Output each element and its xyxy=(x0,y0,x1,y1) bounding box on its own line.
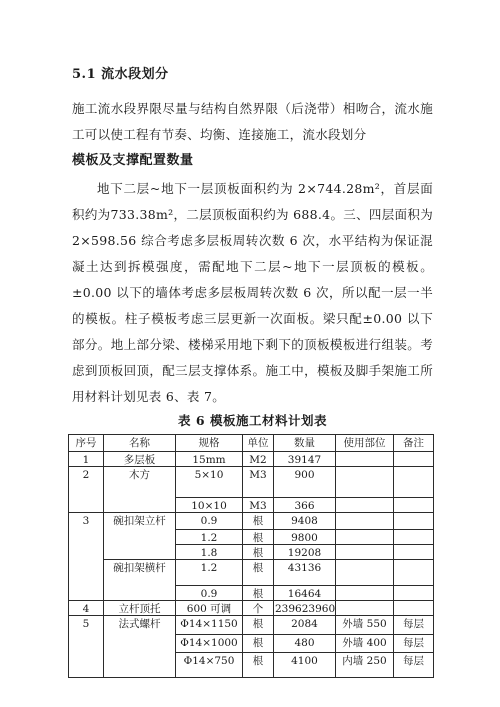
cell-qty: 2084 xyxy=(274,616,336,635)
cell-spec: 0.9 xyxy=(176,586,243,601)
cell-part xyxy=(336,545,394,560)
cell-name: 立杆顶托 xyxy=(104,601,176,616)
cell-qty: 9408 xyxy=(274,513,336,530)
cell-part xyxy=(336,498,394,513)
col-header-qty: 数量 xyxy=(274,435,336,452)
cell-serial: 5 xyxy=(69,616,104,678)
cell-part xyxy=(336,560,394,586)
table-row: 1 多层板 15mm M2 39147 xyxy=(69,452,434,467)
table-row: 碗扣架横杆 1.2 根 43136 xyxy=(69,560,434,586)
table-row: 4 立杆顶托 600 可调 个 239623960 xyxy=(69,601,434,616)
cell-name: 碗扣架立杆 xyxy=(104,513,176,560)
cell-unit: 根 xyxy=(243,616,274,635)
cell-part xyxy=(336,513,394,530)
table-row: 2 木方 5×10 M3 900 xyxy=(69,467,434,498)
cell-unit: 根 xyxy=(243,545,274,560)
cell-spec: 1.2 xyxy=(176,530,243,545)
cell-qty: 366 xyxy=(274,498,336,513)
table-row: 3 碗扣架立杆 0.9 根 9408 xyxy=(69,513,434,530)
cell-unit: 个 xyxy=(243,601,274,616)
cell-qty: 39147 xyxy=(274,452,336,467)
cell-unit: M3 xyxy=(243,498,274,513)
col-header-unit: 单位 xyxy=(243,435,274,452)
cell-part: 内墙 250 xyxy=(336,653,394,678)
cell-serial: 2 xyxy=(69,467,104,513)
cell-unit: 根 xyxy=(243,586,274,601)
cell-spec: 15mm xyxy=(176,452,243,467)
col-header-note: 备注 xyxy=(394,435,434,452)
table-header-row: 序号 名称 规格 单位 数量 使用部位 备注 xyxy=(69,435,434,452)
cell-note: 每层 xyxy=(394,635,434,653)
col-header-spec: 规格 xyxy=(176,435,243,452)
col-header-serial: 序号 xyxy=(69,435,104,452)
material-plan-table: 序号 名称 规格 单位 数量 使用部位 备注 1 多层板 15mm M2 391… xyxy=(68,434,434,678)
cell-note xyxy=(394,513,434,530)
subsection-heading-formwork: 模板及支撑配置数量 xyxy=(72,152,433,170)
cell-spec: Φ14×1150 xyxy=(176,616,243,635)
cell-spec: Φ14×1000 xyxy=(176,635,243,653)
paragraph-formwork-config: 地下二层~地下一层顶板面积约为 2×744.28m²，首层面积约为733.38m… xyxy=(72,176,433,410)
cell-note xyxy=(394,586,434,601)
table-caption: 表 6 模板施工材料计划表 xyxy=(72,412,433,430)
cell-unit: M3 xyxy=(243,467,274,498)
cell-note xyxy=(394,452,434,467)
cell-note xyxy=(394,601,434,616)
cell-name: 碗扣架横杆 xyxy=(104,560,176,601)
cell-serial: 3 xyxy=(69,513,104,601)
cell-spec: 600 可调 xyxy=(176,601,243,616)
cell-note xyxy=(394,560,434,586)
cell-note xyxy=(394,545,434,560)
cell-part xyxy=(336,452,394,467)
cell-unit: 根 xyxy=(243,530,274,545)
cell-name: 多层板 xyxy=(104,452,176,467)
document-page: 5.1 流水段划分 施工流水段界限尽量与结构自然界限（后浇带）相吻合，流水施工可… xyxy=(0,0,500,707)
col-header-name: 名称 xyxy=(104,435,176,452)
cell-part: 外墙 400 xyxy=(336,635,394,653)
cell-part xyxy=(336,467,394,498)
cell-note: 每层 xyxy=(394,653,434,678)
cell-note: 每层 xyxy=(394,616,434,635)
cell-serial: 1 xyxy=(69,452,104,467)
cell-part: 外墙 550 xyxy=(336,616,394,635)
section-heading: 5.1 流水段划分 xyxy=(72,66,433,84)
cell-unit: 根 xyxy=(243,635,274,653)
cell-spec: 1.2 xyxy=(176,560,243,586)
cell-serial: 4 xyxy=(69,601,104,616)
cell-name: 木方 xyxy=(104,467,176,513)
cell-qty: 4100 xyxy=(274,653,336,678)
cell-name: 法式螺杆 xyxy=(104,616,176,678)
cell-spec: 10×10 xyxy=(176,498,243,513)
cell-spec: 1.8 xyxy=(176,545,243,560)
cell-note xyxy=(394,530,434,545)
cell-unit: 根 xyxy=(243,653,274,678)
cell-note xyxy=(394,498,434,513)
cell-unit: 根 xyxy=(243,513,274,530)
cell-qty: 43136 xyxy=(274,560,336,586)
cell-note xyxy=(394,467,434,498)
cell-spec: 5×10 xyxy=(176,467,243,498)
col-header-part: 使用部位 xyxy=(336,435,394,452)
paragraph-flow-section: 施工流水段界限尽量与结构自然界限（后浇带）相吻合，流水施工可以使工程有节奏、均衡… xyxy=(72,96,433,148)
cell-unit: M2 xyxy=(243,452,274,467)
cell-qty: 9800 xyxy=(274,530,336,545)
cell-part xyxy=(336,601,394,616)
cell-qty: 19208 xyxy=(274,545,336,560)
cell-qty: 900 xyxy=(274,467,336,498)
cell-qty: 239623960 xyxy=(274,601,336,616)
table-row: 5 法式螺杆 Φ14×1150 根 2084 外墙 550 每层 xyxy=(69,616,434,635)
cell-spec: 0.9 xyxy=(176,513,243,530)
cell-qty: 480 xyxy=(274,635,336,653)
cell-part xyxy=(336,530,394,545)
cell-part xyxy=(336,586,394,601)
cell-qty: 16464 xyxy=(274,586,336,601)
cell-unit: 根 xyxy=(243,560,274,586)
cell-spec: Φ14×750 xyxy=(176,653,243,678)
